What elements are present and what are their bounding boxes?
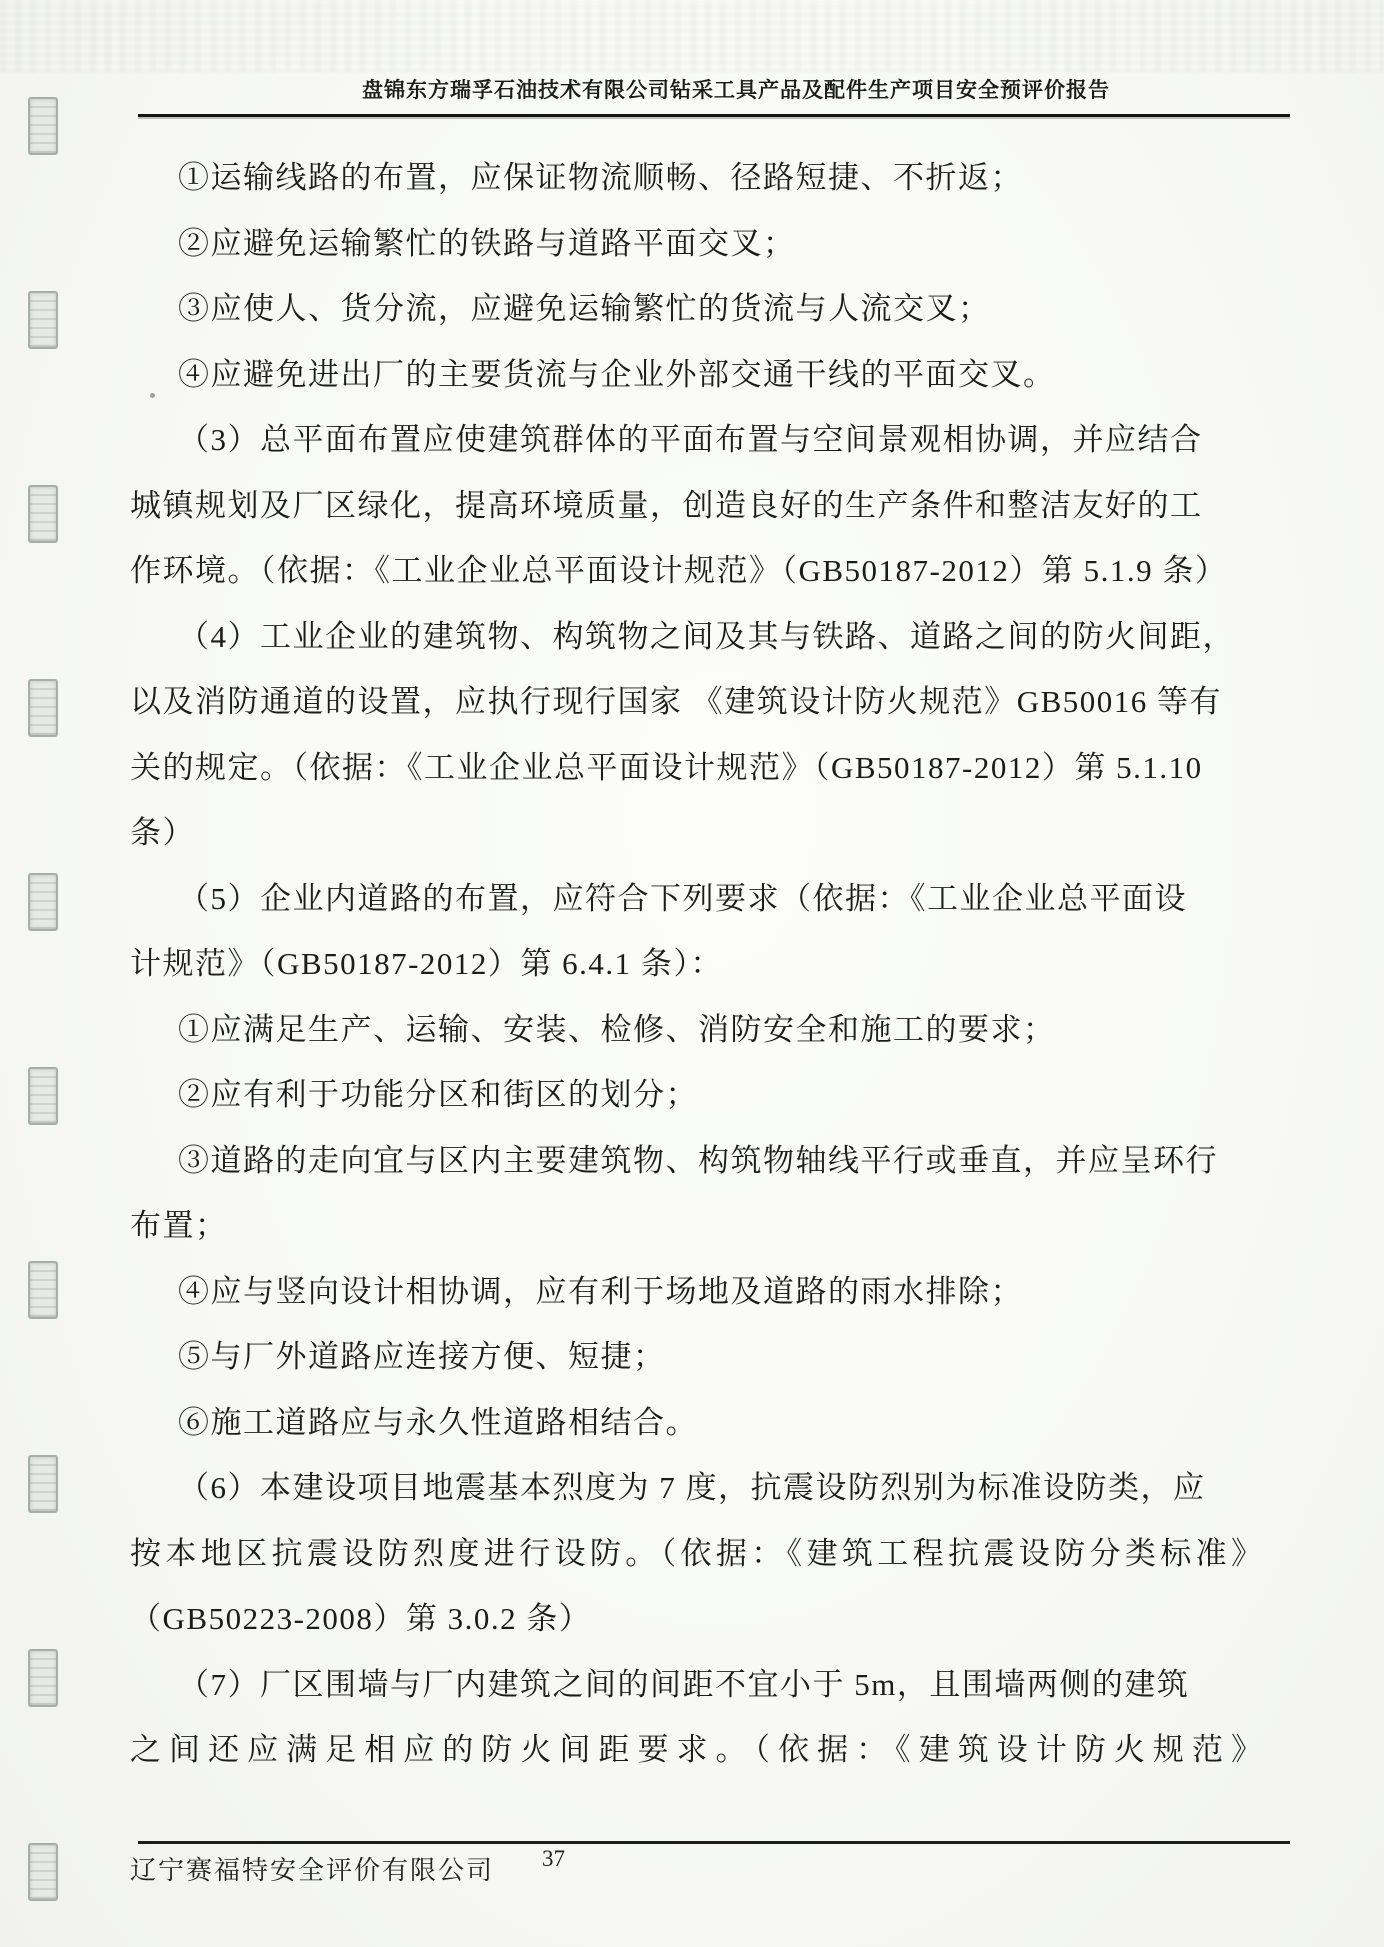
scan-bleedthrough-artifact <box>0 0 1384 72</box>
binding-hole-mark <box>28 679 58 737</box>
body-line: ⑤与厂外道路应连接方便、短捷； <box>130 1324 1265 1390</box>
document-body: ①运输线路的布置，应保证物流顺畅、径路短捷、不折返； ②应避免运输繁忙的铁路与道… <box>130 145 1265 1783</box>
body-line: ①运输线路的布置，应保证物流顺畅、径路短捷、不折返； <box>130 145 1265 211</box>
body-line: （5）企业内道路的布置，应符合下列要求（依据：《工业企业总平面设 <box>130 866 1265 932</box>
body-line: （6）本建设项目地震基本烈度为 7 度，抗震设防烈别为标准设防类，应 <box>130 1455 1265 1521</box>
binding-hole-mark <box>28 1455 58 1513</box>
body-line: ③道路的走向宜与区内主要建筑物、构筑物轴线平行或垂直，并应呈环行 <box>130 1128 1265 1194</box>
body-line: ①应满足生产、运输、安装、检修、消防安全和施工的要求； <box>130 997 1265 1063</box>
body-line: ⑥施工道路应与永久性道路相结合。 <box>130 1390 1265 1456</box>
body-line: ④应与竖向设计相协调，应有利于场地及道路的雨水排除； <box>130 1259 1265 1325</box>
binding-hole-mark <box>28 97 58 155</box>
body-line: 以及消防通道的设置，应执行现行国家 《建筑设计防火规范》GB50016 等有 <box>130 669 1265 735</box>
binding-hole-mark <box>28 291 58 349</box>
body-line: ②应有利于功能分区和街区的划分； <box>130 1062 1265 1128</box>
body-line: 计规范》（GB50187-2012）第 6.4.1 条）： <box>130 931 1265 997</box>
scanned-document-page: 盘锦东方瑞孚石油技术有限公司钻采工具产品及配件生产项目安全预评价报告 ①运输线路… <box>0 0 1384 1947</box>
binding-hole-mark <box>28 1649 58 1707</box>
body-line: 作环境。（依据：《工业企业总平面设计规范》（GB50187-2012）第 5.1… <box>130 538 1265 604</box>
header-rule <box>138 114 1290 117</box>
report-title: 盘锦东方瑞孚石油技术有限公司钻采工具产品及配件生产项目安全预评价报告 <box>362 74 1110 104</box>
body-line: 按本地区抗震设防烈度进行设防。（依据：《建筑工程抗震设防分类标准》 <box>130 1521 1265 1587</box>
page-number: 37 <box>542 1846 565 1872</box>
body-line: （4）工业企业的建筑物、构筑物之间及其与铁路、道路之间的防火间距， <box>130 604 1265 670</box>
binding-hole-mark <box>28 1261 58 1319</box>
body-line: ③应使人、货分流，应避免运输繁忙的货流与人流交叉； <box>130 276 1265 342</box>
footer-company-name: 辽宁赛福特安全评价有限公司 <box>130 1850 494 1887</box>
binding-hole-mark <box>28 1843 58 1901</box>
binding-hole-mark <box>28 485 58 543</box>
body-line: 条） <box>130 800 1265 866</box>
body-line: （3）总平面布置应使建筑群体的平面布置与空间景观相协调，并应结合 <box>130 407 1265 473</box>
body-line: 城镇规划及厂区绿化，提高环境质量，创造良好的生产条件和整洁友好的工 <box>130 473 1265 539</box>
footer-rule <box>138 1841 1290 1844</box>
binding-hole-mark <box>28 873 58 931</box>
body-line: ④应避免进出厂的主要货流与企业外部交通干线的平面交叉。 <box>130 342 1265 408</box>
body-line: 关的规定。（依据：《工业企业总平面设计规范》（GB50187-2012）第 5.… <box>130 735 1265 801</box>
body-line: （GB50223-2008）第 3.0.2 条） <box>130 1586 1265 1652</box>
body-line: ②应避免运输繁忙的铁路与道路平面交叉； <box>130 211 1265 277</box>
body-line: 之间还应满足相应的防火间距要求。（依据：《建筑设计防火规范》 <box>130 1717 1265 1783</box>
binding-hole-mark <box>28 1067 58 1125</box>
body-line: 布置； <box>130 1193 1265 1259</box>
body-line: （7）厂区围墙与厂内建筑之间的间距不宜小于 5m，且围墙两侧的建筑 <box>130 1652 1265 1718</box>
